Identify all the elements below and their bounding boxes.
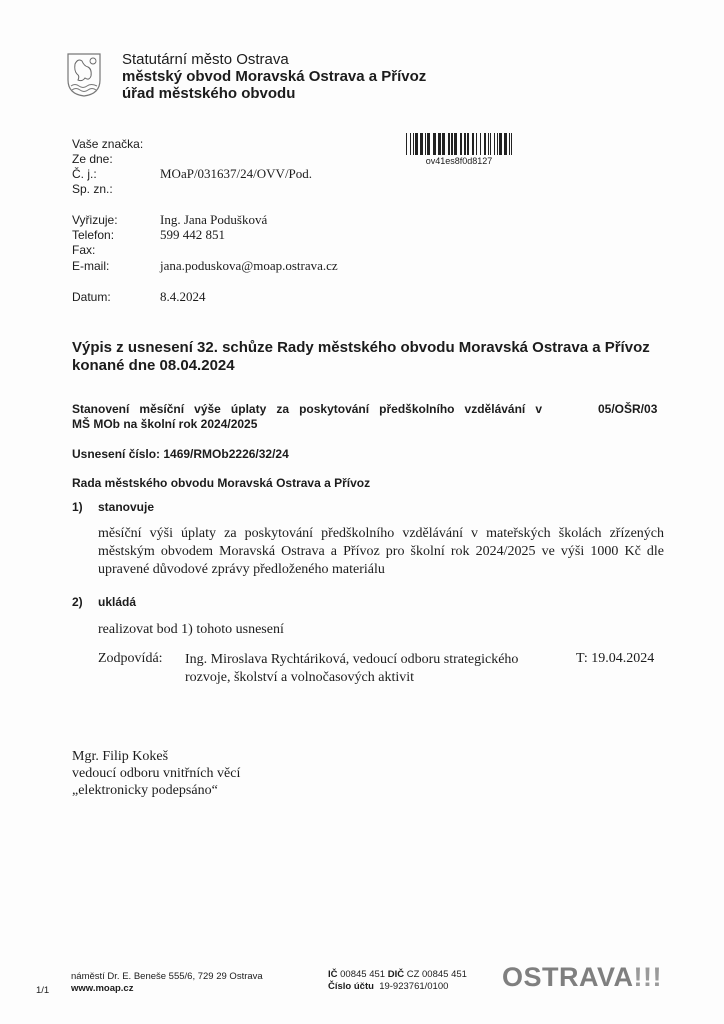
subject: Stanovení měsíční výše úplaty za poskyto… [72, 402, 542, 432]
responsible-person: Ing. Miroslava Rychtáriková, vedoucí odb… [185, 651, 518, 687]
fax-label: Fax: [72, 243, 95, 258]
item-2-number: 2) [72, 595, 83, 609]
item-1-text: měsíční výši úplaty za poskytování předš… [98, 525, 664, 579]
your-ref-label: Vaše značka: [72, 137, 143, 152]
item-1-verb: stanovuje [98, 500, 154, 514]
letterhead-district: městský obvod Moravská Ostrava a Přívoz [122, 68, 426, 85]
email-value[interactable]: jana.poduskova@moap.ostrava.cz [160, 258, 338, 273]
ref-number-label: Č. j.: [72, 167, 97, 182]
ostrava-logo: OSTRAVA!!! [502, 962, 662, 993]
email-label: E-mail: [72, 259, 109, 274]
phone-value: 599 442 851 [160, 227, 225, 242]
council-name: Rada městského obvodu Moravská Ostrava a… [72, 476, 370, 490]
footer-website[interactable]: www.moap.cz [71, 983, 263, 995]
signatory-name: Mgr. Filip Kokeš [72, 748, 240, 765]
signature-block: Mgr. Filip Kokeš vedoucí odboru vnitřníc… [72, 748, 240, 799]
dic-label: DIČ [388, 969, 404, 980]
account-label: Číslo účtu [328, 981, 374, 992]
page-number: 1/1 [36, 985, 49, 997]
responsible-label: Zodpovídá: [98, 651, 163, 667]
signatory-role: vedoucí odboru vnitřních věcí [72, 765, 240, 782]
title-line-2: konané dne 08.04.2024 [72, 357, 672, 375]
ic-value: 00845 451 [340, 969, 385, 980]
subject-code: 05/OŠR/03 [598, 402, 657, 416]
footer-address-block: náměstí Dr. E. Beneše 555/6, 729 29 Ostr… [71, 971, 263, 995]
footer-ids: IČ 00845 451 DIČ CZ 00845 451 Číslo účtu… [328, 969, 467, 993]
date-label: Datum: [72, 290, 111, 305]
barcode [406, 133, 512, 155]
handled-by-value: Ing. Jana Podušková [160, 212, 267, 227]
date-value: 8.4.2024 [160, 289, 206, 304]
dic-value: CZ 00845 451 [407, 969, 467, 980]
deadline: T: 19.04.2024 [576, 651, 654, 667]
item-2-text: realizovat bod 1) tohoto usnesení [98, 621, 664, 639]
footer-address: náměstí Dr. E. Beneše 555/6, 729 29 Ostr… [71, 971, 263, 983]
responsible-line-2: rozvoje, školství a volnočasových aktivi… [185, 669, 518, 687]
dated-label: Ze dne: [72, 152, 113, 167]
city-crest-horse-icon [66, 52, 102, 98]
letterhead-office: úřad městského obvodu [122, 85, 426, 102]
logo-exclamations: !!! [634, 962, 662, 992]
document-title: Výpis z usnesení 32. schůze Rady městské… [72, 339, 672, 375]
phone-label: Telefon: [72, 228, 114, 243]
handled-by-label: Vyřizuje: [72, 213, 118, 228]
subject-line-1: Stanovení měsíční výše úplaty za poskyto… [72, 402, 542, 417]
item-2-verb: ukládá [98, 595, 136, 609]
subject-line-2: MŠ MOb na školní rok 2024/2025 [72, 417, 542, 432]
ic-label: IČ [328, 969, 338, 980]
resolution-number: Usnesení číslo: 1469/RMOb2226/32/24 [72, 447, 289, 461]
barcode-text: ov41es8f0d8127 [406, 156, 512, 166]
ref-number-value: MOaP/031637/24/OVV/Pod. [160, 166, 312, 181]
title-line-1: Výpis z usnesení 32. schůze Rady městské… [72, 339, 672, 357]
item-1-number: 1) [72, 500, 83, 514]
file-ref-label: Sp. zn.: [72, 182, 113, 197]
letterhead-city: Statutární město Ostrava [122, 51, 426, 68]
responsible-line-1: Ing. Miroslava Rychtáriková, vedoucí odb… [185, 651, 518, 669]
signature-note: „elektronicky podepsáno“ [72, 782, 240, 799]
account-value: 19-923761/0100 [379, 981, 448, 992]
letterhead: Statutární město Ostrava městský obvod M… [122, 51, 426, 102]
logo-text: OSTRAVA [502, 962, 634, 992]
